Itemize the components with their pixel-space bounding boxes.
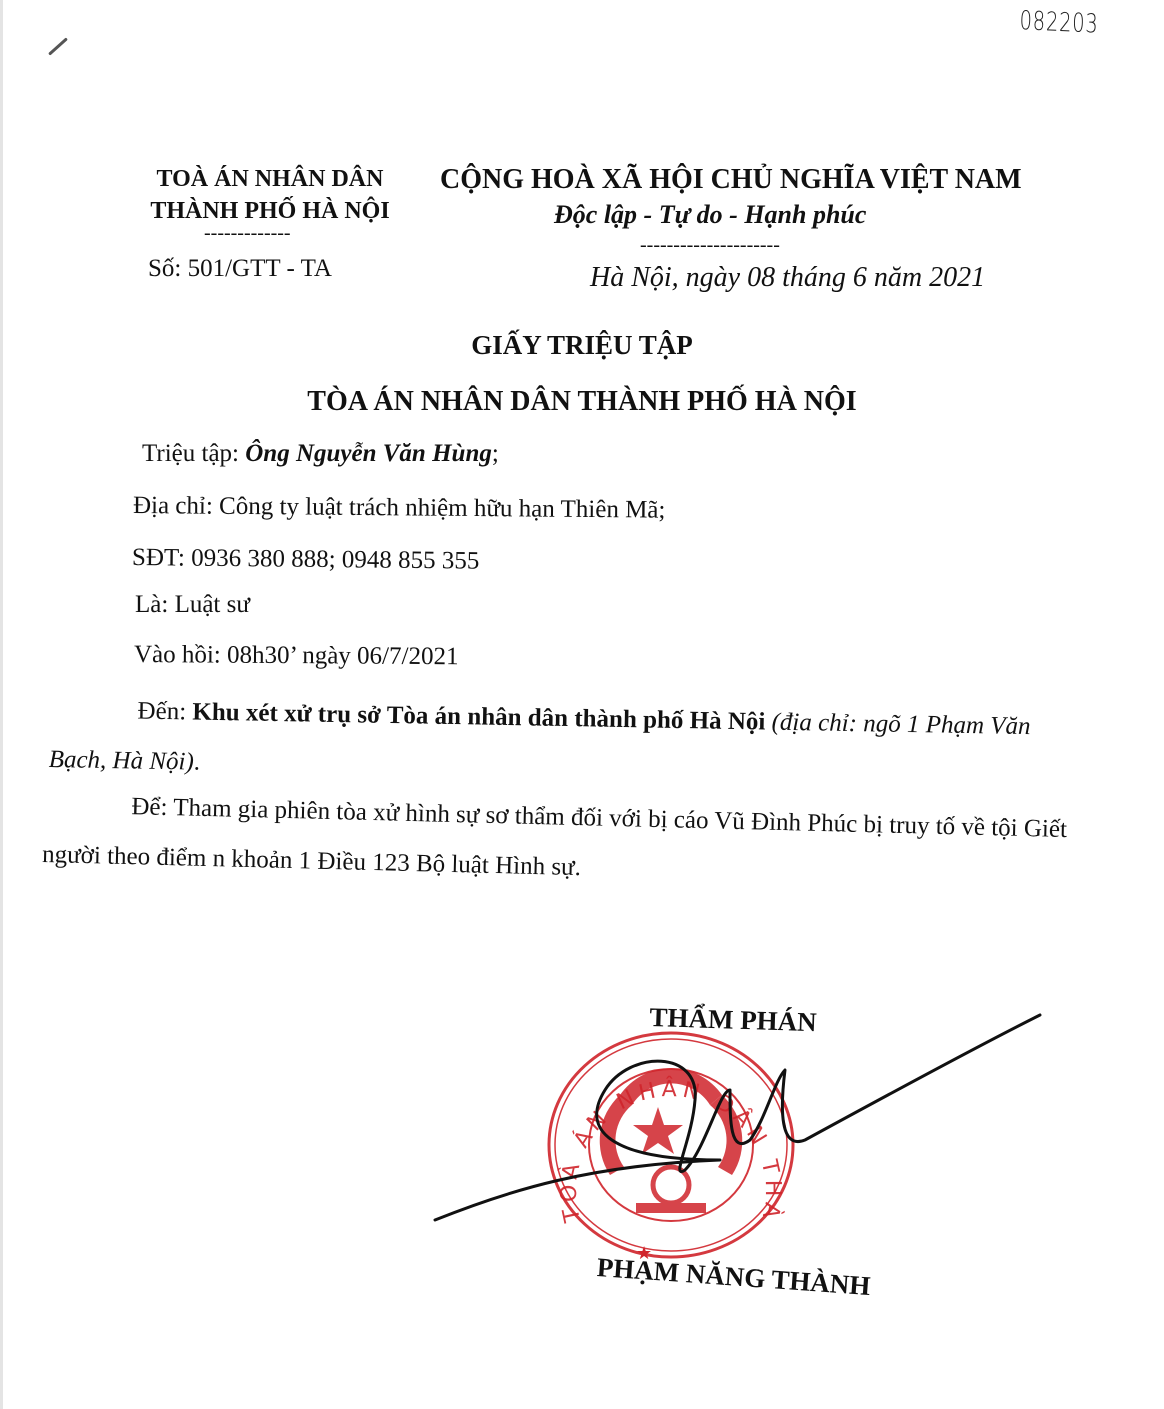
role-field: Là: Luật sư [135, 591, 250, 619]
destination-end: . [194, 749, 201, 776]
pen-tick-mark [48, 37, 68, 55]
summoned-name: Ông Nguyễn Văn Hùng [245, 440, 492, 467]
summon-end: ; [492, 440, 499, 467]
purpose-label: Để: [131, 793, 174, 821]
purpose-text: Tham gia phiên tòa xử hình sự sơ thẩm đố… [42, 794, 1067, 881]
time-field: Vào hồi: 08h30’ ngày 06/7/2021 [134, 641, 459, 671]
court-name-line1: TOÀ ÁN NHÂN DÂN [120, 163, 420, 195]
nation-title: CỘNG HOÀ XÃ HỘI CHỦ NGHĨA VIỆT NAM [440, 164, 1022, 196]
destination-label: Đến: [137, 698, 192, 726]
judge-signature [430, 1010, 1050, 1280]
place-date: Hà Nội, ngày 08 tháng 6 năm 2021 [590, 262, 985, 294]
summoned-person: Triệu tập: Ông Nguyễn Văn Hùng; [142, 440, 499, 468]
page-edge [0, 0, 3, 1409]
summon-label: Triệu tập: [142, 440, 245, 467]
handwritten-reference-number: 082203 [1019, 6, 1099, 40]
address-field: Địa chỉ: Công ty luật trách nhiệm hữu hạ… [133, 492, 666, 525]
document-title: GIẤY TRIỆU TẬP [0, 330, 1164, 361]
document-number: Số: 501/GTT - TA [148, 255, 332, 283]
document-subtitle: TÒA ÁN NHÂN DÂN THÀNH PHỐ HÀ NỘI [0, 386, 1104, 418]
right-separator: --------------------- [640, 234, 780, 257]
phone-field: SĐT: 0936 380 888; 0948 855 355 [132, 544, 480, 576]
national-motto: Độc lập - Tự do - Hạnh phúc [554, 200, 866, 230]
left-separator: ------------- [204, 222, 291, 245]
destination-place: Khu xét xử trụ sở Tòa án nhân dân thành … [192, 698, 765, 735]
issuing-court: TOÀ ÁN NHÂN DÂN THÀNH PHỐ HÀ NỘI [120, 163, 420, 227]
